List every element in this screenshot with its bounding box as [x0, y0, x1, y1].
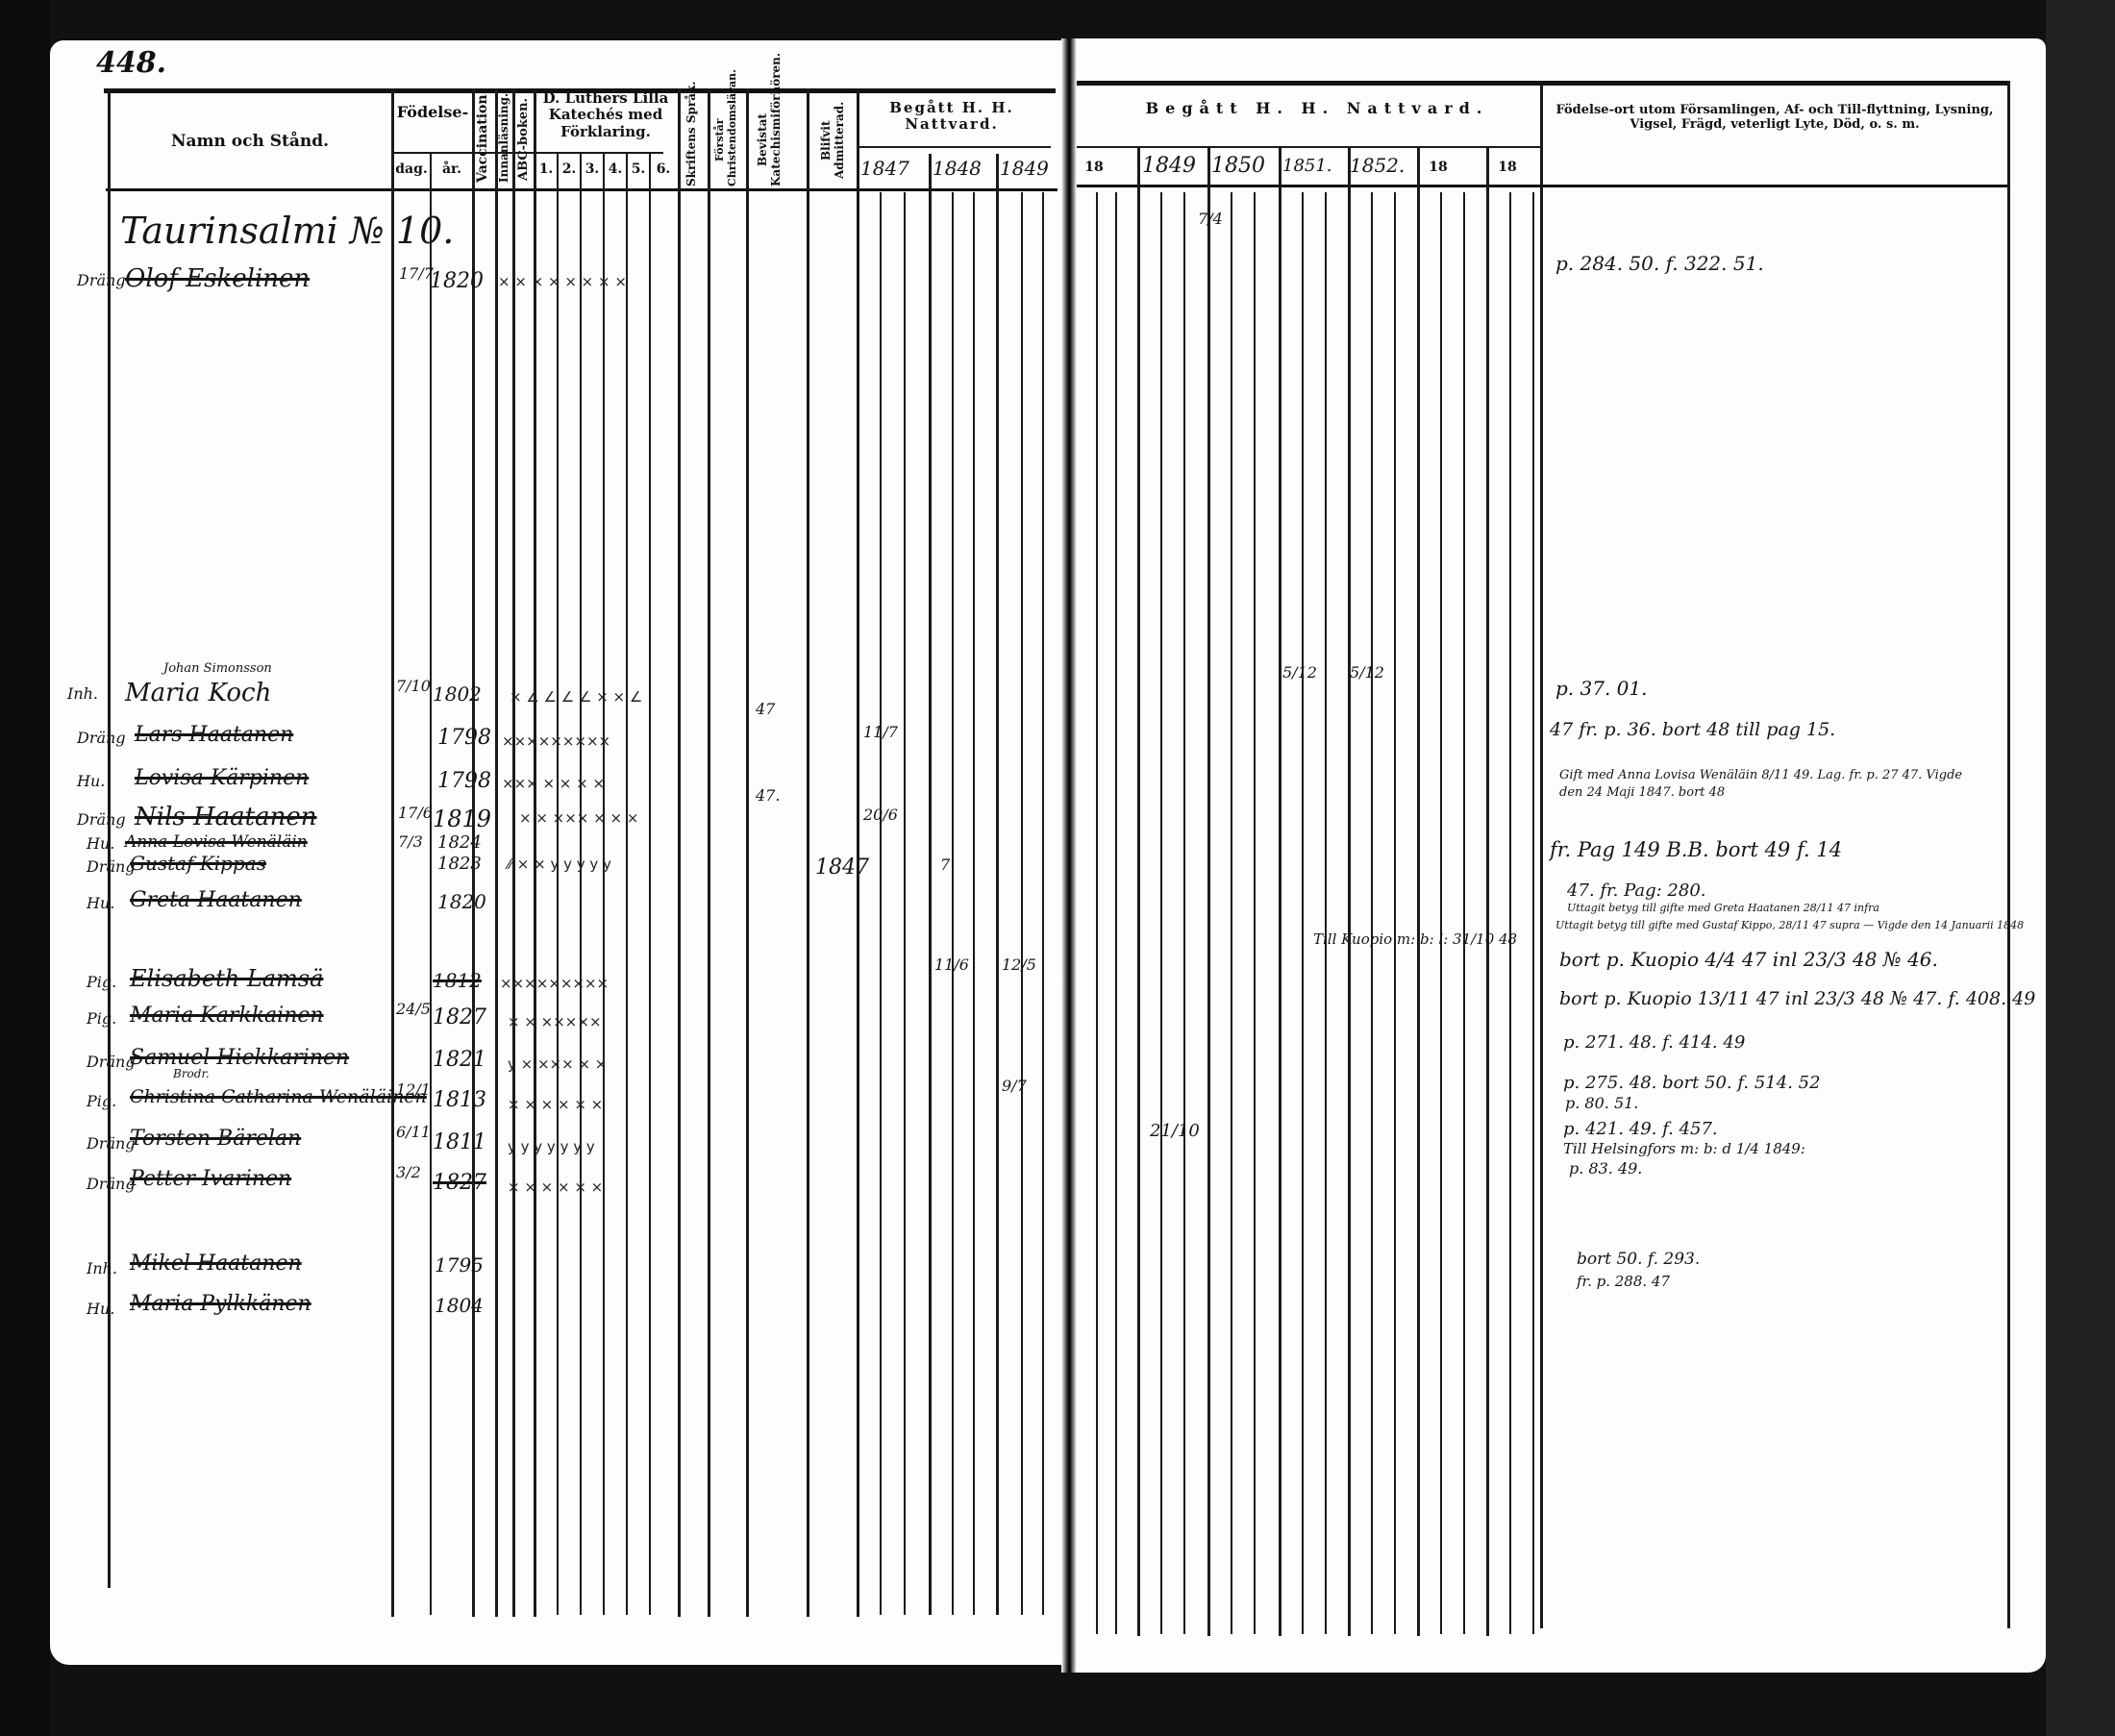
household-title: Taurinsalmi № 10. [120, 210, 454, 252]
remark: fr. p. 288. 47 [1577, 1273, 1670, 1290]
header-birth-day: dag. [393, 161, 430, 177]
header-name-and-status: Namn och Stånd. [111, 133, 389, 152]
header-understands-doctrine: Förstår Christendomsläran. [713, 94, 742, 186]
remark: p. 271. 48. f. 414. 49 [1563, 1032, 1745, 1053]
moved-note: Till Kuopio m: b: l: 31/10 48 [1313, 930, 1517, 948]
book-spine [1061, 38, 1077, 1673]
page-number: 448. [96, 46, 166, 80]
remark: fr. Pag 149 B.B. bort 49 f. 14 [1550, 838, 1842, 861]
scan-border-right [2046, 0, 2115, 1736]
header-communion-right: Begått H. H. Nattvard. [1096, 100, 1538, 117]
header-scripture: Skriftens Språk. [684, 94, 698, 186]
remark: bort p. Kuopio 4/4 47 inl 23/3 48 № 46. [1559, 948, 1938, 971]
remark: p. 284. 50. f. 322. 51. [1555, 252, 1764, 275]
header-birth-year: år. [432, 161, 472, 177]
header-vaccination: Vaccination. [475, 96, 490, 183]
remark: p. 80. 51. [1565, 1094, 1638, 1112]
header-admitted: Blifvit Admitterad. [819, 94, 848, 186]
header-reading: Innanläsning. [497, 96, 510, 183]
remark: bort 50. f. 293. [1577, 1250, 1700, 1269]
header-top-rule-right [1077, 81, 2009, 86]
header-catechism: D. Luthers Lilla Katechés med Förklaring… [538, 90, 673, 140]
remark: Till Helsingfors m: b: d 1/4 1849: [1563, 1140, 1805, 1157]
remark: p. 421. 49. f. 457. [1563, 1119, 1718, 1139]
remark: 47. fr. Pag: 280. [1567, 880, 1706, 901]
remark: p. 275. 48. bort 50. f. 514. 52 [1563, 1073, 1821, 1093]
header-bottom-rule-right [1077, 185, 2009, 187]
header-birth: Födelse- [393, 104, 472, 121]
communion-subheader-rule-left [858, 146, 1051, 148]
scan-border-left [0, 0, 50, 1736]
remark: Uttagit betyg till gifte med Greta Haata… [1567, 902, 1879, 914]
remark: p. 37. 01. [1555, 677, 1648, 700]
remark: 47 fr. p. 36. bort 48 till pag 15. [1550, 719, 1835, 740]
remark: bort p. Kuopio 13/11 47 inl 23/3 48 № 47… [1559, 988, 2035, 1009]
remark: Gift med Anna Lovisa Wenäläin 8/11 49. L… [1559, 767, 1963, 802]
remark: Uttagit betyg till gifte med Gustaf Kipp… [1555, 919, 2024, 931]
header-attended-catechism: Bevistat Katechismiförhören. [756, 94, 794, 186]
header-communion-left: Begått H. H. Nattvard. [860, 100, 1043, 134]
header-bottom-rule-left [106, 188, 1057, 191]
header-abc-book: ABC-boken. [516, 96, 531, 183]
header-remarks: Födelse-ort utom Församlingen, Af- och T… [1544, 104, 2005, 133]
remark: p. 83. 49. [1569, 1159, 1642, 1178]
communion-subheader-rule-right [1077, 146, 1540, 148]
